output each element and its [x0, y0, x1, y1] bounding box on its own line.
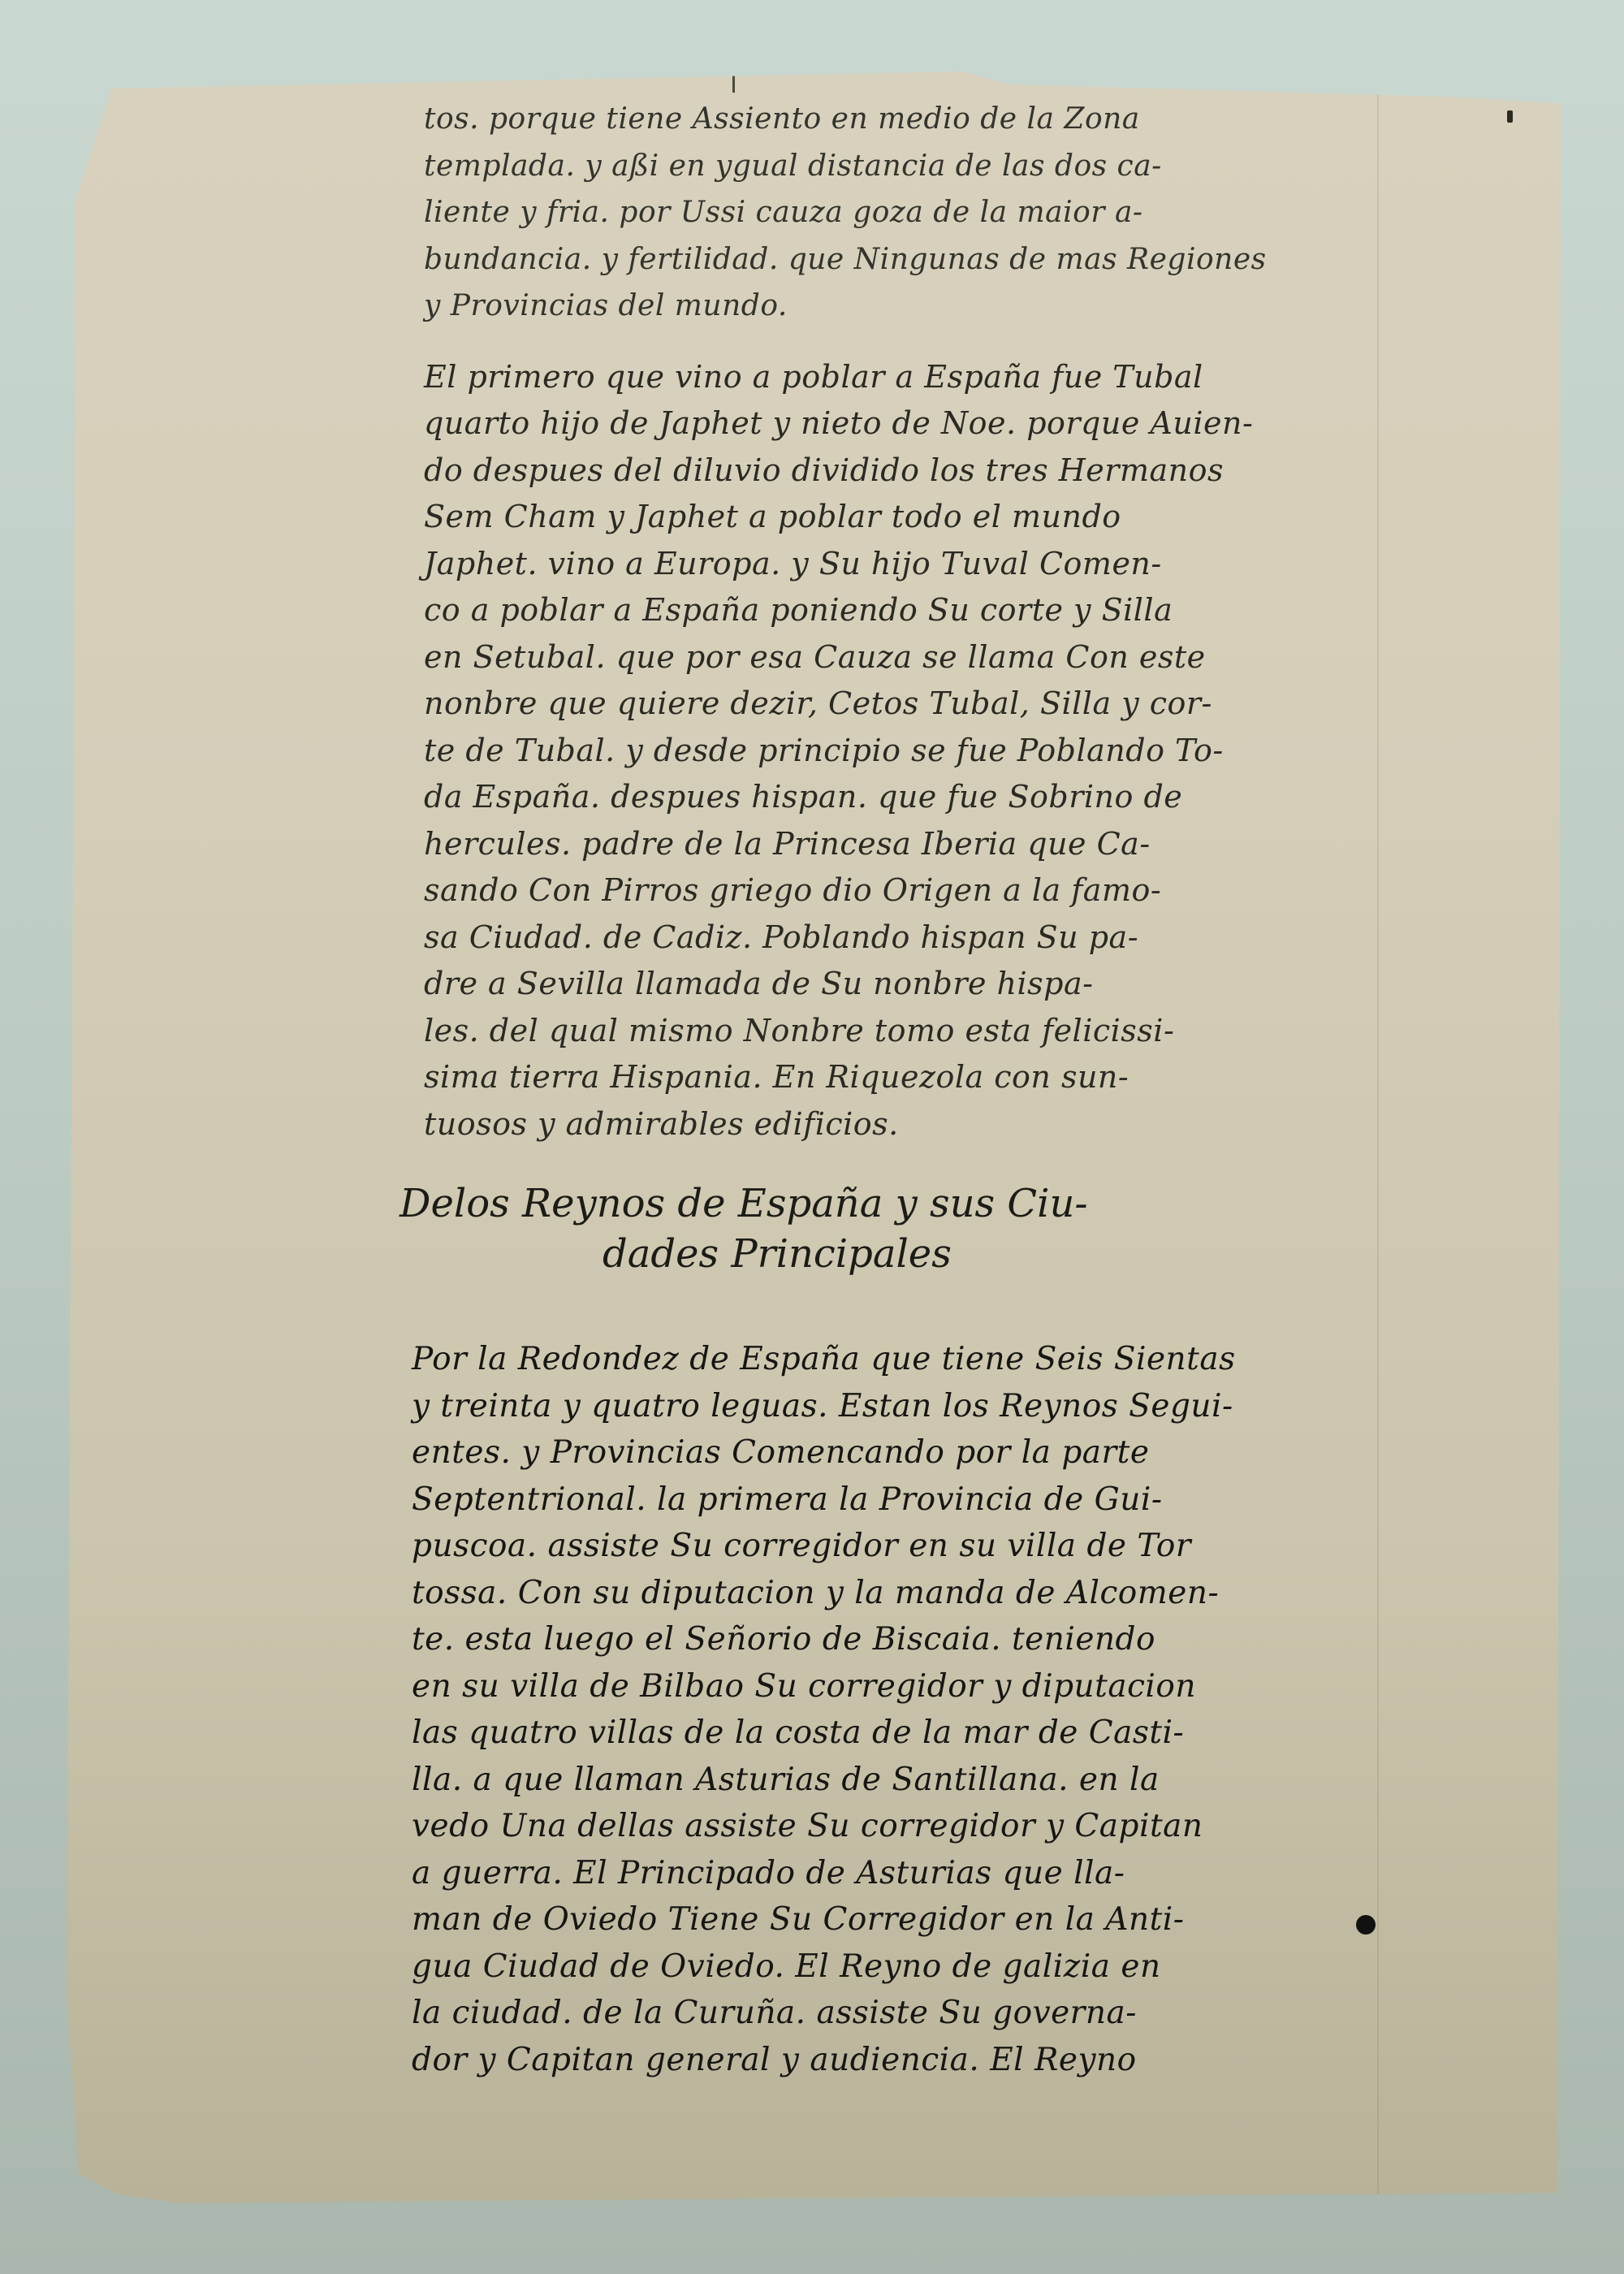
text-line: y treinta y quatro leguas. Estan los Rey… [412, 1383, 1350, 1430]
text-line: hercules. padre de la Princesa Iberia qu… [424, 821, 1350, 868]
section-heading: Delos Reynos de España y sus Ciu- dades … [400, 1178, 1350, 1279]
text-line: Por la Redondez de España que tiene Seis… [412, 1336, 1350, 1383]
text-line: da España. despues hispan. que fue Sobri… [424, 774, 1350, 821]
text-line: sima tierra Hispania. En Riquezola con s… [424, 1054, 1350, 1101]
text-line: y Provincias del mundo. [424, 283, 1350, 330]
text-line: do despues del diluvio dividido los tres… [424, 447, 1350, 495]
text-line: gua Ciudad de Oviedo. El Reyno de galizi… [412, 1943, 1350, 1991]
paper-fold-line [1587, 71, 1588, 2206]
text-line: la ciudad. de la Curuña. assiste Su gove… [412, 1990, 1350, 2037]
text-line: tuosos y admirables edificios. [424, 1101, 1350, 1148]
heading-line: dades Principales [400, 1229, 1350, 1279]
text-line: lla. a que llaman Asturias de Santillana… [412, 1757, 1350, 1804]
paragraph-continuation: tos. porque tiene Assiento en medio de l… [424, 96, 1350, 330]
text-line: nonbre que quiere dezir, Cetos Tubal, Si… [424, 681, 1350, 728]
text-line: les. del qual mismo Nonbre tomo esta fel… [424, 1008, 1350, 1055]
text-line: sa Ciudad. de Cadiz. Poblando hispan Su … [424, 914, 1350, 962]
text-line: sando Con Pirros griego dio Origen a la … [424, 867, 1350, 914]
paragraph-tubal: El primero que vino a poblar a España fu… [424, 354, 1350, 1148]
text-line: tos. porque tiene Assiento en medio de l… [424, 96, 1350, 143]
text-line: man de Oviedo Tiene Su Corregidor en la … [412, 1896, 1350, 1943]
text-line: liente y fria. por Ussi cauza goza de la… [424, 189, 1350, 236]
text-line: te. esta luego el Señorio de Biscaia. te… [412, 1616, 1350, 1663]
text-line: las quatro villas de la costa de la mar … [412, 1710, 1350, 1757]
text-line: quarto hijo de Japhet y nieto de Noe. po… [424, 400, 1350, 447]
manuscript-page: tos. porque tiene Assiento en medio de l… [67, 71, 1561, 2206]
text-line: Sem Cham y Japhet a poblar todo el mundo [424, 494, 1350, 541]
text-line: El primero que vino a poblar a España fu… [424, 354, 1350, 401]
manuscript-text: tos. porque tiene Assiento en medio de l… [424, 96, 1350, 2083]
text-line: tossa. Con su diputacion y la manda de A… [412, 1570, 1350, 1617]
text-line: Japhet. vino a Europa. y Su hijo Tuval C… [424, 541, 1350, 588]
text-line: a guerra. El Principado de Asturias que … [412, 1850, 1350, 1897]
paragraph-reynos: Por la Redondez de España que tiene Seis… [412, 1336, 1350, 2083]
text-line: co a poblar a España poniendo Su corte y… [424, 587, 1350, 634]
text-line: en Setubal. que por esa Cauza se llama C… [424, 634, 1350, 681]
ink-blot [1356, 1915, 1376, 1935]
paper-tear-mark [732, 75, 735, 93]
text-line: puscoa. assiste Su corregidor en su vill… [412, 1523, 1350, 1570]
text-line: vedo Una dellas assiste Su corregidor y … [412, 1803, 1350, 1850]
text-line: dor y Capitan general y audiencia. El Re… [412, 2037, 1350, 2084]
text-line: dre a Sevilla llamada de Su nonbre hispa… [424, 961, 1350, 1008]
text-line: bundancia. y fertilidad. que Ningunas de… [424, 236, 1350, 283]
text-line: Septentrional. la primera la Provincia d… [412, 1476, 1350, 1524]
text-line: entes. y Provincias Comencando por la pa… [412, 1429, 1350, 1476]
paper-fold-line [1377, 71, 1379, 2206]
heading-line: Delos Reynos de España y sus Ciu- [400, 1178, 1350, 1229]
page-number-mark [1507, 110, 1513, 123]
text-line: templada. y aßi en ygual distancia de la… [424, 143, 1350, 190]
text-line: te de Tubal. y desde principio se fue Po… [424, 728, 1350, 775]
text-line: en su villa de Bilbao Su corregidor y di… [412, 1663, 1350, 1710]
